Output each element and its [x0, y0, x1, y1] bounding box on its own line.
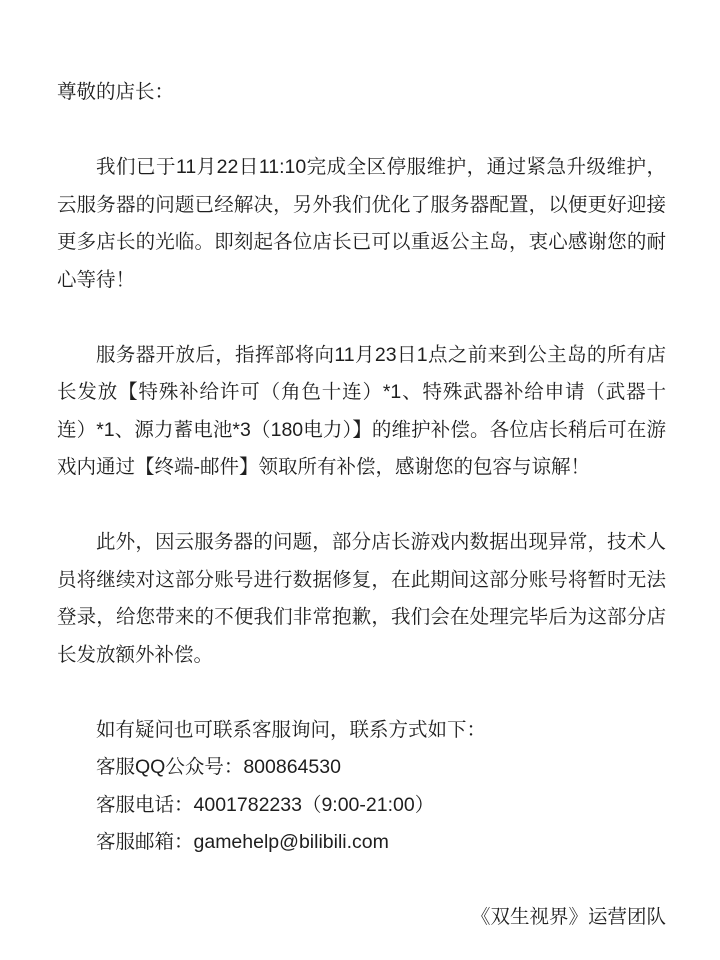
contact-phone-line: 客服电话：4001782233（9:00-21:00）	[57, 787, 666, 825]
contact-qq-line: 客服QQ公众号：800864530	[57, 749, 666, 787]
paragraph-data-repair: 此外，因云服务器的问题，部分店长游戏内数据出现异常，技术人员将继续对这部分账号进…	[57, 524, 666, 674]
contact-intro: 如有疑问也可联系客服询问，联系方式如下：	[57, 712, 666, 750]
paragraph-maintenance-complete: 我们已于11月22日11:10完成全区停服维护，通过紧急升级维护，云服务器的问题…	[57, 149, 666, 299]
contact-email-line: 客服邮箱：gamehelp@bilibili.com	[57, 824, 666, 862]
paragraph-compensation-details: 服务器开放后，指挥部将向11月23日1点之前来到公主岛的所有店长发放【特殊补给许…	[57, 337, 666, 487]
maintenance-notice-page: 尊敬的店长： 我们已于11月22日11:10完成全区停服维护，通过紧急升级维护，…	[0, 0, 720, 960]
salutation: 尊敬的店长：	[57, 74, 666, 112]
signature-operations-team: 《双生视界》运营团队	[57, 899, 666, 937]
